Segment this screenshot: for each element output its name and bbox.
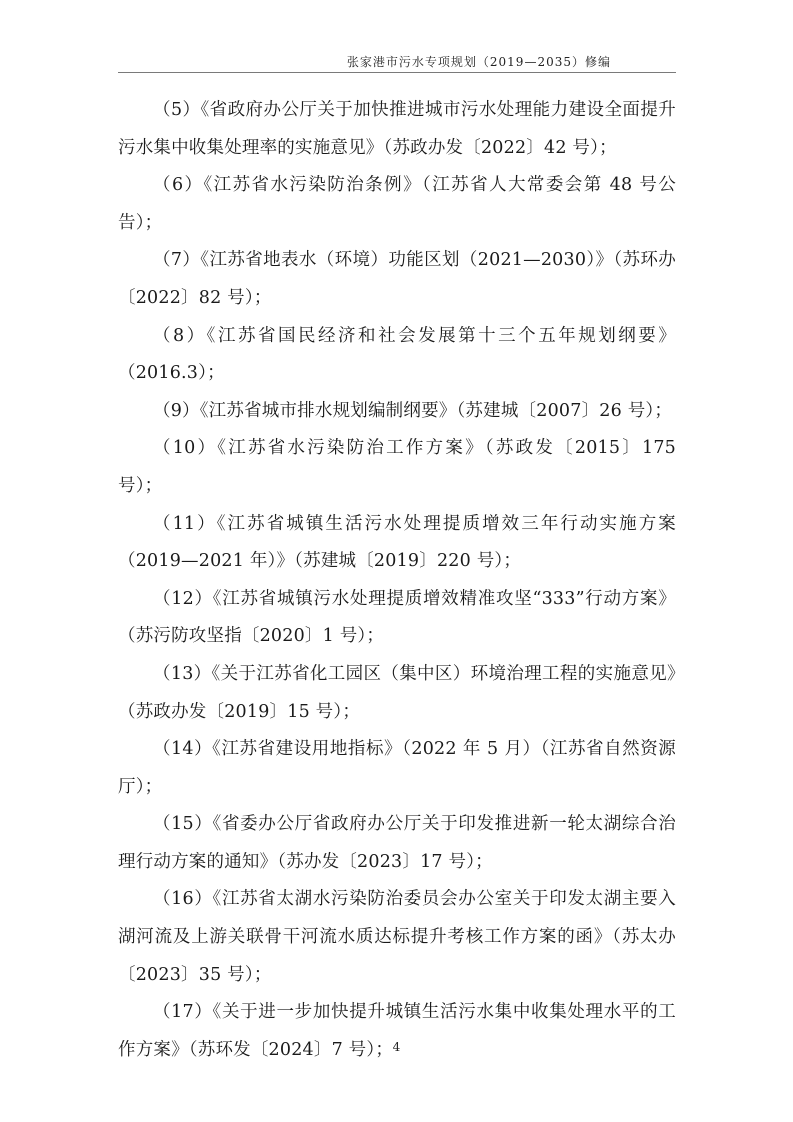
reference-item-9: （9）《江苏省城市排水规划编制纲要》（苏建城〔2007〕26 号）； [118, 393, 676, 431]
reference-item-11: （11）《江苏省城镇生活污水处理提质增效三年行动实施方案（2019—2021 年… [118, 506, 676, 581]
reference-list: （5）《省政府办公厅关于加快推进城市污水处理能力建设全面提升污水集中收集处理率的… [118, 92, 676, 1069]
header-divider [118, 72, 676, 73]
reference-item-13: （13）《关于江苏省化工园区（集中区）环境治理工程的实施意见》（苏政办发〔201… [118, 656, 676, 731]
reference-item-16: （16）《江苏省太湖水污染防治委员会办公室关于印发太湖主要入湖河流及上游关联骨干… [118, 881, 676, 994]
page-header: 张家港市污水专项规划（2019—2035）修编 [118, 50, 676, 72]
reference-item-17: （17）《关于进一步加快提升城镇生活污水集中收集处理水平的工作方案》（苏环发〔2… [118, 994, 676, 1069]
reference-item-12: （12）《江苏省城镇污水处理提质增效精准攻坚“333”行动方案》（苏污防攻坚指〔… [118, 581, 676, 656]
reference-item-15: （15）《省委办公厅省政府办公厅关于印发推进新一轮太湖综合治理行动方案的通知》（… [118, 806, 676, 881]
reference-item-14: （14）《江苏省建设用地指标》（2022 年 5 月）（江苏省自然资源厅）； [118, 731, 676, 806]
page-number: 4 [0, 1040, 793, 1054]
reference-item-5: （5）《省政府办公厅关于加快推进城市污水处理能力建设全面提升污水集中收集处理率的… [118, 92, 676, 167]
reference-item-7: （7）《江苏省地表水（环境）功能区划（2021—2030）》（苏环办〔2022〕… [118, 242, 676, 317]
document-title: 张家港市污水专项规划（2019—2035）修编 [347, 53, 611, 70]
reference-item-6: （6）《江苏省水污染防治条例》（江苏省人大常委会第 48 号公告）； [118, 167, 676, 242]
reference-item-10: （10）《江苏省水污染防治工作方案》（苏政发〔2015〕175 号）； [118, 430, 676, 505]
reference-item-8: （8）《江苏省国民经济和社会发展第十三个五年规划纲要》（2016.3）； [118, 318, 676, 393]
